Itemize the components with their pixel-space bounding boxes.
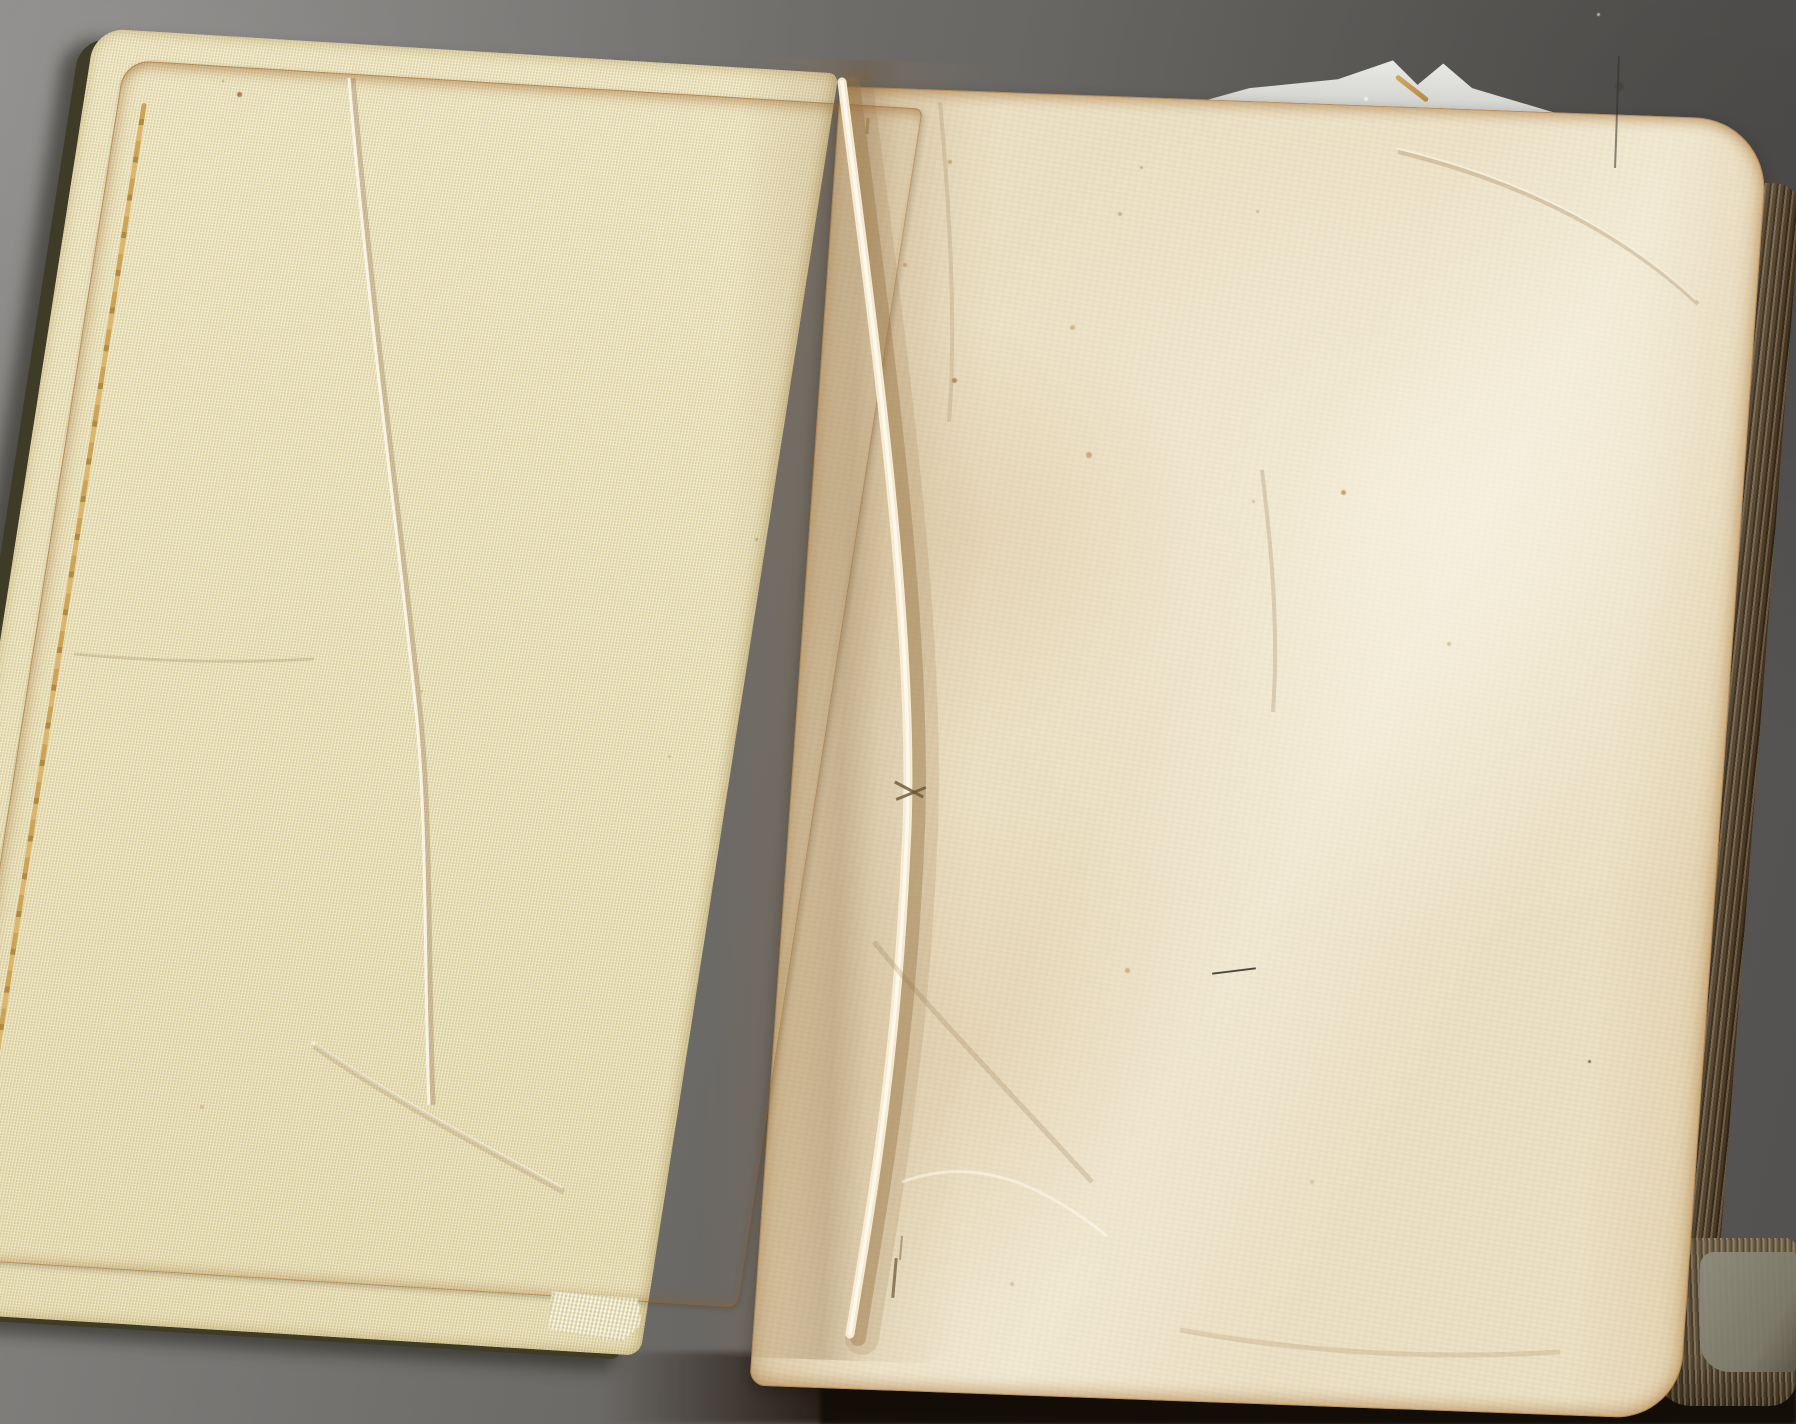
stitch-line-mark [899, 1236, 903, 1260]
fox-dot-mark [222, 80, 224, 82]
fox-dot-mark [1070, 325, 1075, 330]
stitch-line-mark [865, 118, 869, 134]
fox-dot-mark [1310, 1180, 1314, 1184]
pencil-line-mark [1212, 967, 1256, 974]
dust-dot-mark [1597, 13, 1600, 16]
smudge-dot-mark [1615, 82, 1624, 91]
fox-dot-mark [200, 1105, 204, 1109]
fox-dot-mark [668, 755, 671, 758]
fox-dot-mark [1118, 212, 1122, 216]
stitch-line-mark [891, 1258, 897, 1298]
fox-dot-mark [948, 160, 952, 164]
scanned-open-notebook [0, 0, 1796, 1424]
fox-dot-mark [1256, 210, 1259, 213]
paper-marks-layer [0, 0, 1796, 1424]
fox-dot-mark [1252, 500, 1255, 503]
dust-dot-mark [1364, 97, 1368, 101]
fox-dot-mark [952, 378, 957, 383]
fox-dot-mark [1010, 1282, 1014, 1286]
fox-dot-mark [1125, 968, 1130, 973]
scratch-line-mark [1614, 56, 1620, 168]
fox-dot-mark [1447, 642, 1451, 646]
fox-dot-mark [1341, 490, 1346, 495]
fox-dot-mark [1086, 452, 1092, 458]
fox-dot-mark [420, 690, 423, 693]
fox-dot-mark [755, 538, 758, 541]
rust-dot-mark [237, 92, 242, 97]
fox-dot-mark [1588, 1060, 1591, 1063]
fox-dot-mark [903, 263, 907, 267]
fox-dot-mark [1140, 166, 1143, 169]
